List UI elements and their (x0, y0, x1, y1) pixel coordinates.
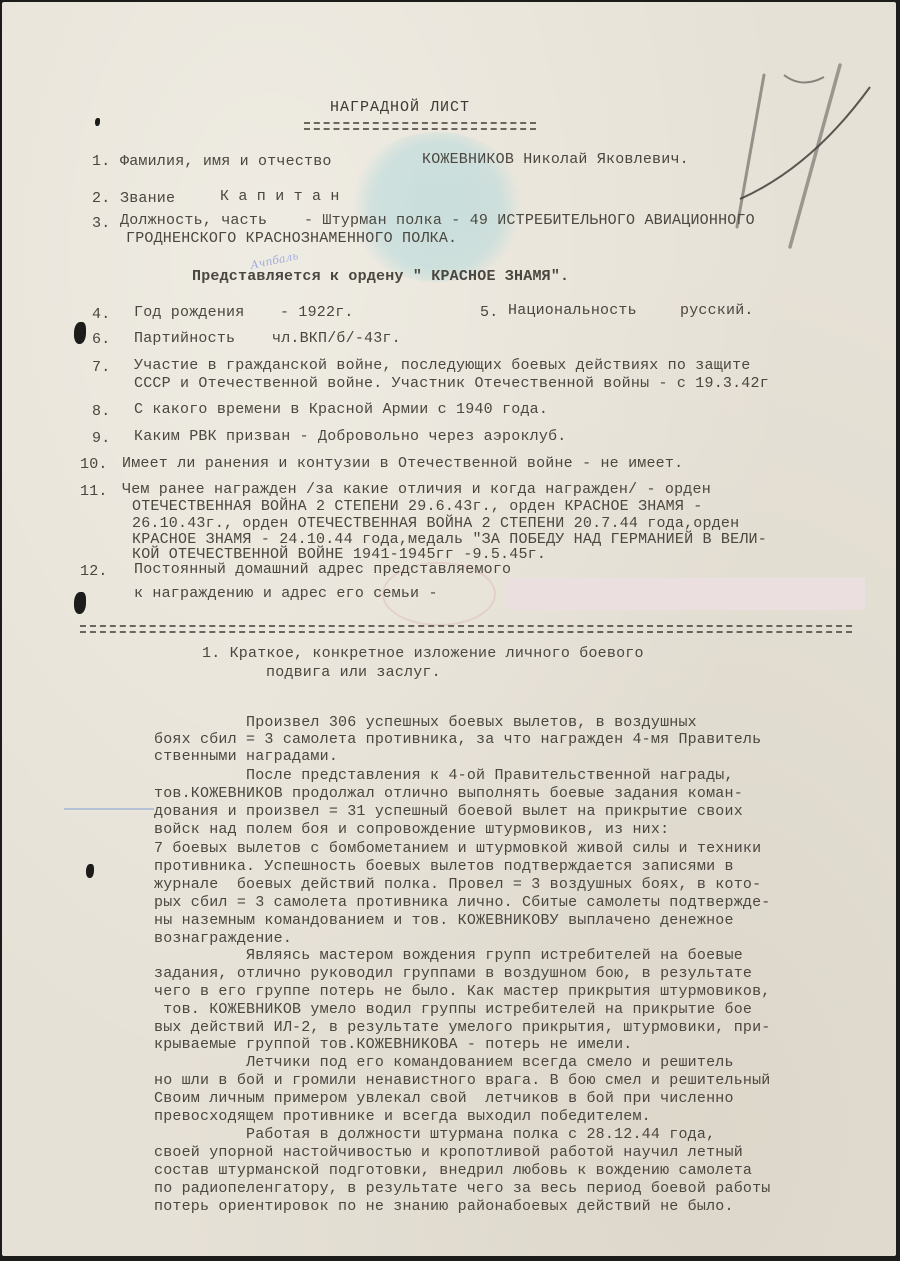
body-line: ны наземным командованием и тов. КОЖЕВНИ… (154, 913, 734, 928)
body-line: журнале боевых действий полка. Провел = … (154, 877, 761, 892)
body-line: Являясь мастером вождения групп истребит… (154, 948, 743, 963)
field-8-text: С какого времени в Красной Армии с 1940 … (134, 402, 548, 417)
body-line: состав штурманской подготовки, внедрил л… (154, 1163, 752, 1178)
body-line: потерь ориентировок по не знанию районаб… (154, 1199, 734, 1214)
field-7-number: 7. (92, 360, 110, 375)
field-12-line1: Постоянный домашний адрес представляемог… (134, 562, 511, 577)
field-11-line4: КРАСНОЕ ЗНАМЯ - 24.10.44 года,медаль "ЗА… (132, 532, 767, 547)
body-line: Работая в должности штурмана полка с 28.… (154, 1127, 715, 1142)
body-line: крываемые группой тов.КОЖЕВНИКОВА - поте… (154, 1037, 632, 1052)
presented-to-order: Представляется к ордену " КРАСНОЕ ЗНАМЯ"… (192, 269, 569, 284)
body-line: по радиопеленгатору, в результате чего з… (154, 1181, 771, 1196)
field-11-line5: КОЙ ОТЕЧЕСТВЕННОЙ ВОЙНЕ 1941-1945гг -9.5… (132, 547, 546, 562)
body-line: противника. Успешность боевых вылетов по… (154, 859, 734, 874)
body-line: дования и произвел = 31 успешный боевой … (154, 804, 743, 819)
body-line: 7 боевых вылетов с бомбометанием и штурм… (154, 841, 761, 856)
body-line: После представления к 4-ой Правительстве… (154, 768, 734, 783)
field-5-label: Национальность (508, 303, 637, 318)
body-line: войск над полем боя и сопровождение штур… (154, 822, 669, 837)
field-12-number: 12. (80, 564, 108, 579)
field-9-number: 9. (92, 431, 110, 446)
field-1-value: КОЖЕВНИКОВ Николай Яковлевич. (422, 152, 689, 167)
field-6-value: чл.ВКП/б/-43г. (272, 331, 401, 346)
body-line: своей упорной настойчивостью и кропотлив… (154, 1145, 743, 1160)
field-3-label: Должность, часть (120, 213, 267, 228)
field-5-number: 5. (480, 305, 498, 320)
redacted-address (505, 578, 865, 610)
field-2-label: Звание (120, 191, 175, 206)
field-2-number: 2. (92, 191, 110, 206)
field-3-value-line2: ГРОДНЕНСКОГО КРАСНОЗНАМЕННОГО ПОЛКА. (126, 231, 457, 246)
punch-hole (86, 864, 94, 878)
field-6-label: Партийность (134, 331, 235, 346)
field-7-line2: СССР и Отечественной войне. Участник Оте… (134, 376, 769, 391)
title-underline (304, 122, 536, 130)
field-9-text: Каким РВК призван - Добровольно через аэ… (134, 429, 566, 444)
field-7-line1: Участие в гражданской войне, последующих… (134, 358, 751, 373)
field-11-number: 11. (80, 484, 108, 499)
body-line: вых действий ИЛ-2, в результате умелого … (154, 1020, 771, 1035)
document-title: НАГРАДНОЙ ЛИСТ (330, 100, 470, 115)
field-3-number: 3. (92, 216, 110, 231)
body-line: Летчики под его командованием всегда сме… (154, 1055, 734, 1070)
field-1-label: Фамилия, имя и отчество (120, 154, 332, 169)
field-3-value-line1: - Штурман полка - 49 ИСТРЕБИТЕЛЬНОГО АВИ… (304, 213, 755, 228)
field-10-number: 10. (80, 457, 108, 472)
field-4-value: - 1922г. (280, 305, 354, 320)
field-6-number: 6. (92, 332, 110, 347)
field-8-number: 8. (92, 404, 110, 419)
body-line: Произвел 306 успешных боевых вылетов, в … (154, 715, 697, 730)
award-sheet-page: Ачпбаль НАГРАДНОЙ ЛИСТ 1. Фамилия, имя и… (2, 2, 896, 1256)
field-11-line3: 26.10.43г., орден ОТЕЧЕСТВЕННАЯ ВОЙНА 2 … (132, 516, 739, 531)
body-line: рых сбил = 3 самолета противника лично. … (154, 895, 771, 910)
field-12-line2: к награждению и адрес его семьи - (134, 586, 438, 601)
punch-hole (95, 118, 100, 126)
field-10-text: Имеет ли ранения и контузии в Отечествен… (122, 456, 683, 471)
field-2-value: К а п и т а н (220, 189, 340, 204)
punch-hole (74, 322, 86, 344)
punch-hole (74, 592, 86, 614)
body-line: но шли в бой и громили ненавистного враг… (154, 1073, 771, 1088)
section-separator (80, 625, 852, 633)
field-4-label: Год рождения (134, 305, 244, 320)
field-4-number: 4. (92, 307, 110, 322)
body-line: боях сбил = 3 самолета противника, за чт… (154, 732, 761, 747)
section-heading-line1: 1. Краткое, конкретное изложение личного… (202, 646, 644, 661)
body-line: Своим личным примером увлекал свой летчи… (154, 1091, 734, 1106)
body-line: чего в его группе потерь не было. Как ма… (154, 984, 771, 999)
blue-pencil-mark (64, 808, 154, 810)
field-11-line2: ОТЕЧЕСТВЕННАЯ ВОЙНА 2 СТЕПЕНИ 29.6.43г.,… (132, 499, 703, 514)
body-line: вознаграждение. (154, 931, 292, 946)
body-line: задания, отлично руководил группами в во… (154, 966, 752, 981)
field-11-line1: Чем ранее награжден /за какие отличия и … (122, 482, 711, 497)
body-line: ственными наградами. (154, 749, 338, 764)
body-line: превосходящем противнике и всегда выходи… (154, 1109, 651, 1124)
section-heading-line2: подвига или заслуг. (266, 665, 441, 680)
body-line: тов. КОЖЕВНИКОВ умело водил группы истре… (154, 1002, 752, 1017)
field-1-number: 1. (92, 154, 110, 169)
body-line: тов.КОЖЕВНИКОВ продолжал отлично выполня… (154, 786, 743, 801)
field-5-value: русский. (680, 303, 754, 318)
